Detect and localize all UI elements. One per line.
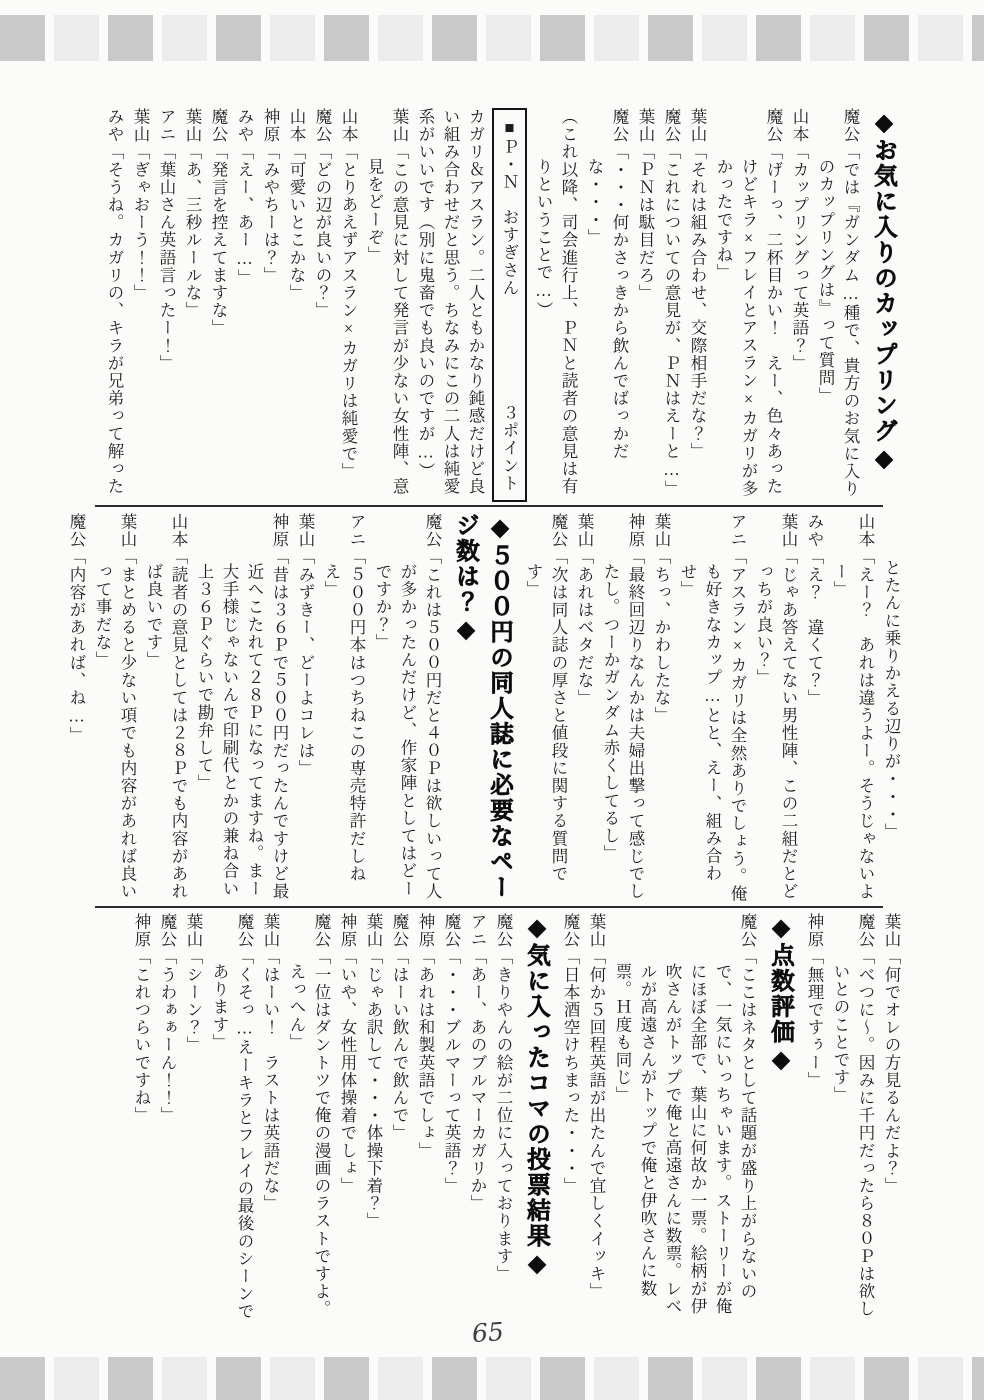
dialogue-line: 葉山「まとめると少ない項でも内容があれば良いって事だな」 xyxy=(90,513,140,904)
dialogue-line: 神原「いや、女性用体操着でしょ」 xyxy=(335,913,360,1321)
dialogue-line: 葉山「じゃあ答えてない男性陣、この二組だとどっちが良い？」 xyxy=(751,513,801,904)
dialogue-line: 魔公「げーっ、二杯目かい！ えー、色々あったけどキラ×フレイとアスラン×カガリが… xyxy=(711,108,786,502)
dialogue-line: アニ「あー、あのブルマーカガリか」 xyxy=(465,913,490,1321)
dialogue-line: 山本「読者の意見としては２８Ｐでも内容があれば良いです」 xyxy=(141,513,191,904)
section-divider xyxy=(95,906,883,908)
dialogue-line: みや「そうね。カガリの、キラが兄弟って解った xyxy=(102,108,127,502)
dialogue-line: 葉山「あれはベタだな」 xyxy=(572,513,597,904)
dialogue-line: 葉山「何でオレの方見るんだよ？」 xyxy=(879,913,904,1321)
dialogue-line: 葉山「ぎゃおーう！！」 xyxy=(128,108,153,502)
dialogue-line: アニ「５００円本はつちねこの専売特許だしねえ」 xyxy=(319,513,369,904)
dialogue-line: 神原「みやちーは？」 xyxy=(258,108,283,502)
reader-comment: カガリ＆アスラン。二人ともかなり鈍感だけど良い組み合わせだと思う。ちなみにこの二… xyxy=(413,108,488,502)
dialogue-continuation: とたんに乗りかえる辺りが・・・」 xyxy=(879,513,904,904)
dialogue-line: 魔公「ここはネタとして話題が盛り上がらないので、一気にいっちゃいます。ストーリー… xyxy=(610,913,760,1321)
section-heading: ◆お気に入りのカップリング◆ xyxy=(867,108,901,502)
dialogue-line: アニ「アスラン×カガリは全然ありでしょう。俺も好きなカップ…とと、えー、組み合わ… xyxy=(675,513,750,904)
checker-border-top xyxy=(0,15,984,61)
section-heading: ◆気に入ったコマの投票結果◆ xyxy=(520,913,554,1321)
dialogue-line: 魔公「次は同人誌の厚さと値段に関する質問です」 xyxy=(521,513,571,904)
dialogue-line: 山本「可愛いとこかな」 xyxy=(284,108,309,502)
dialogue-line: 神原「あれは和製英語でしょ」 xyxy=(413,913,438,1321)
transcript-band-page-count: とたんに乗りかえる辺りが・・・」山本「えー？ あれは違うよー。そうじゃないよー」… xyxy=(89,513,905,904)
dialogue-line: 魔公「日本酒空けちまった・・・」 xyxy=(558,913,583,1321)
dialogue-line: 魔公「きりやんの絵が二位に入っております」 xyxy=(491,913,516,1321)
checker-border-bottom xyxy=(0,1357,984,1400)
dialogue-line: 神原「これつらいですね」 xyxy=(129,913,154,1321)
dialogue-line: 神原「無理ですぅー」 xyxy=(802,913,827,1321)
dialogue-line: 山本「とりあえずアスラン×カガリは純愛で」 xyxy=(336,108,361,502)
dialogue-line: 魔公「くそっ…えーキラとフレイの最後のシーンであります」 xyxy=(207,913,257,1321)
section-divider xyxy=(95,505,883,507)
dialogue-line: 魔公「一位はダントツで俺の漫画のラストですよ。えっへん」 xyxy=(284,913,334,1321)
dialogue-line: 魔公「これについての意見が、ＰＮはえーと…」 xyxy=(659,108,684,502)
dialogue-line: みや「え？ 違くて？」 xyxy=(802,513,827,904)
dialogue-line: 葉山「この意見に対して発言が少ない女性陣、意見をどーぞ」 xyxy=(362,108,412,502)
transcript-band-scores-votes: 葉山「何でオレの方見るんだよ？」魔公「べつに〜。因みに千円だったら８０Ｐは欲しい… xyxy=(89,913,905,1321)
dialogue-line: 魔公「内容があれば、ね…」 xyxy=(64,513,89,904)
dialogue-line: アニ「葉山さん英語言ったー！」 xyxy=(154,108,179,502)
scanned-doujinshi-page: ◆お気に入りのカップリング◆魔公「では『ガンダム…種で、貴方のお気に入りのカップ… xyxy=(0,0,984,1400)
dialogue-line: （これ以降、司会進行上、ＰＮと読者の意見は有りということで…） xyxy=(531,108,581,502)
dialogue-line: 山本「えー？ あれは違うよー。そうじゃないよー」 xyxy=(828,513,878,904)
dialogue-line: 魔公「はーい飲んで飲んで」 xyxy=(387,913,412,1321)
dialogue-line: 魔公「・・・ブルマーって英語？」 xyxy=(439,913,464,1321)
dialogue-line: 葉山「はーい！ ラストは英語だな」 xyxy=(258,913,283,1321)
dialogue-line: 神原「最終回辺りなんかは夫婦出撃って感じでしたし。つーかガンダム赤くしてるし」 xyxy=(598,513,648,904)
pen-name-label: ■Ｐ・Ｎ おすぎさん xyxy=(497,118,522,297)
pen-name-box: ■Ｐ・Ｎ おすぎさん３ポイント xyxy=(492,108,527,502)
dialogue-line: 魔公「では『ガンダム…種で、貴方のお気に入りのカップリングは』って質問」 xyxy=(813,108,863,502)
dialogue-line: 葉山「ＰＮは駄目だろ」 xyxy=(633,108,658,502)
dialogue-line: 葉山「シーン？」 xyxy=(181,913,206,1321)
transcript-band-coupling: ◆お気に入りのカップリング◆魔公「では『ガンダム…種で、貴方のお気に入りのカップ… xyxy=(89,108,905,502)
dialogue-line: 魔公「どの辺が良いの？」 xyxy=(310,108,335,502)
dialogue-line: 葉山「あ、三秒ルールな」 xyxy=(180,108,205,502)
dialogue-line: 魔公「発言を控えてますな」 xyxy=(206,108,231,502)
dialogue-line: 魔公「これは５００円だと４０Ｐは欲しいって人が多かったんだけど、作家陣としてはど… xyxy=(370,513,445,904)
dialogue-line: 山本「カップリングって英語？」 xyxy=(787,108,812,502)
dialogue-line: 葉山「それは組み合わせ、交際相手だな？」 xyxy=(685,108,710,502)
dialogue-line: 魔公「うわぁぁーん！！」 xyxy=(155,913,180,1321)
dialogue-line: 葉山「何か５回程英語が出たんで宜しくイッキ」 xyxy=(584,913,609,1321)
pen-name-points: ３ポイント xyxy=(497,404,522,492)
page-number: 65 xyxy=(471,1317,505,1348)
dialogue-line: 葉山「ちっ、かわしたな」 xyxy=(649,513,674,904)
dialogue-line: 魔公「・・・何かさっきから飲んでばっかだな・・・」 xyxy=(582,108,632,502)
section-heading: ◆点数評価◆ xyxy=(764,913,798,1321)
section-heading: ◆５００円の同人誌に必要なページ数は？◆ xyxy=(449,513,517,904)
dialogue-line: 葉山「じゃあ訳して・・・体操下着？」 xyxy=(361,913,386,1321)
dialogue-line: 葉山「みずきー、どーよコレは」 xyxy=(293,513,318,904)
dialogue-line: 神原「昔は３６Ｐで５００円だったんですけど最近へこたれて２８Ｐになってますね。ま… xyxy=(192,513,292,904)
dialogue-line: みや「えー、あー…」 xyxy=(232,108,257,502)
dialogue-line: 魔公「べつに〜。因みに千円だったら８０Ｐは欲しいとのことです」 xyxy=(828,913,878,1321)
